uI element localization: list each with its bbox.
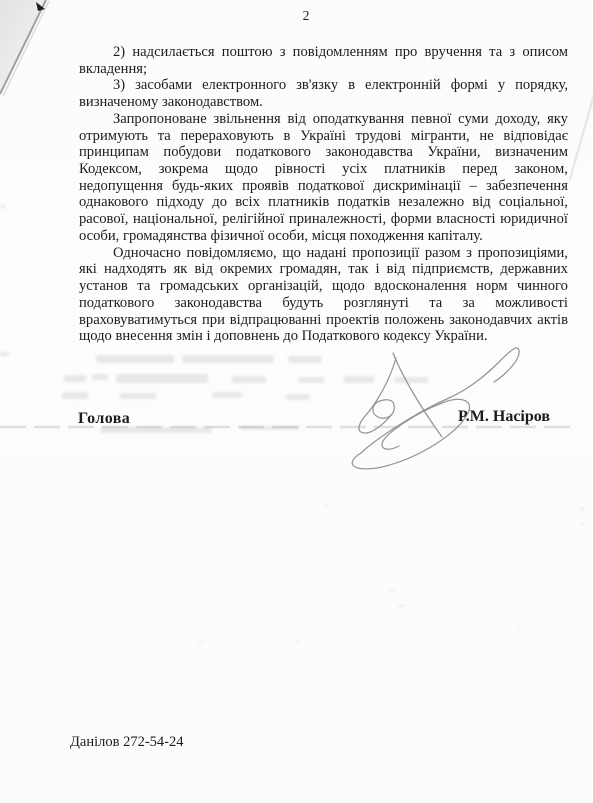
- bleed-smudge: [64, 375, 86, 382]
- text-line: 2)надсилаєтьсяпоштоюзповідомленнямпровру…: [79, 44, 568, 61]
- page-number: 2: [297, 8, 315, 24]
- signature-stroke: [359, 358, 396, 433]
- text-line: принципампобудовиподатковогозаконодавств…: [79, 144, 568, 161]
- text-line: расової,національної,релігійноїприналежн…: [79, 211, 568, 228]
- scan-speck: [197, 641, 205, 644]
- bleed-smudge: [288, 356, 322, 363]
- scan-speck: [295, 640, 301, 643]
- bleed-smudge: [182, 355, 274, 363]
- scanned-letter-page: 2 2)надсилаєтьсяпоштоюзповідомленнямпров…: [0, 0, 593, 803]
- signature: [325, 340, 535, 490]
- bleed-smudge: [232, 376, 266, 383]
- scan-speck: [516, 627, 520, 630]
- text-line: Запропонованезвільненнявідоподаткуванняп…: [79, 111, 568, 128]
- text-line: недопущеннябудь-якихпроявівподатковоїдис…: [79, 178, 568, 195]
- scan-speck: [580, 507, 585, 511]
- text-line: установтагромадськихорганізацій,щодовдос…: [79, 278, 568, 295]
- text-line: враховуватимутьсяпривідпрацюванніпроекті…: [79, 312, 568, 329]
- text-line: визначеному законодавством.: [79, 94, 568, 111]
- text-line: Кодексом,зокремащодорівностіусіхплатникі…: [79, 161, 568, 178]
- scan-speck: [397, 604, 407, 608]
- text-line: однаковогопідходудовсіхплатниківподатків…: [79, 194, 568, 211]
- text-line: 3)засобамиелектронногозв'язкувелектронні…: [79, 77, 568, 94]
- text-line: якінадходятьяквідокремихгромадян,таківід…: [79, 261, 568, 278]
- text-line: Одночасноповідомляємо,щонаданіпропозиції…: [79, 245, 568, 262]
- bleed-smudge: [0, 205, 6, 208]
- bleed-smudge: [212, 392, 242, 398]
- bleed-smudge: [120, 393, 156, 399]
- bleed-smudge: [116, 374, 208, 383]
- scan-edge-streak: [569, 88, 593, 181]
- scan-speck: [118, 568, 123, 571]
- text-line: податковогозаконодавствабудутьрозглянуті…: [79, 295, 568, 312]
- signoff-title: Голова: [78, 410, 130, 428]
- bleed-smudge: [92, 374, 108, 380]
- bleed-smudge: [0, 352, 9, 356]
- bleed-smudge: [96, 355, 174, 363]
- letter-body: 2)надсилаєтьсяпоштоюзповідомленнямпровру…: [79, 44, 568, 345]
- bleed-smudge: [62, 392, 88, 399]
- scan-speck: [579, 523, 584, 526]
- bleed-smudge: [286, 394, 310, 400]
- text-line: особи, громадянства фізичної особи, місц…: [79, 228, 568, 245]
- scan-speck: [324, 505, 328, 508]
- text-line: вкладення;: [79, 61, 568, 78]
- text-line: отримуютьтаперераховуютьвУкраїнітрудовім…: [79, 128, 568, 145]
- bleed-smudge: [298, 377, 324, 383]
- scan-speck: [388, 588, 397, 592]
- signature-stroke: [373, 400, 394, 418]
- footer-contact: Данілов 272-54-24: [70, 734, 183, 751]
- scan-corner-artifact: [0, 0, 70, 112]
